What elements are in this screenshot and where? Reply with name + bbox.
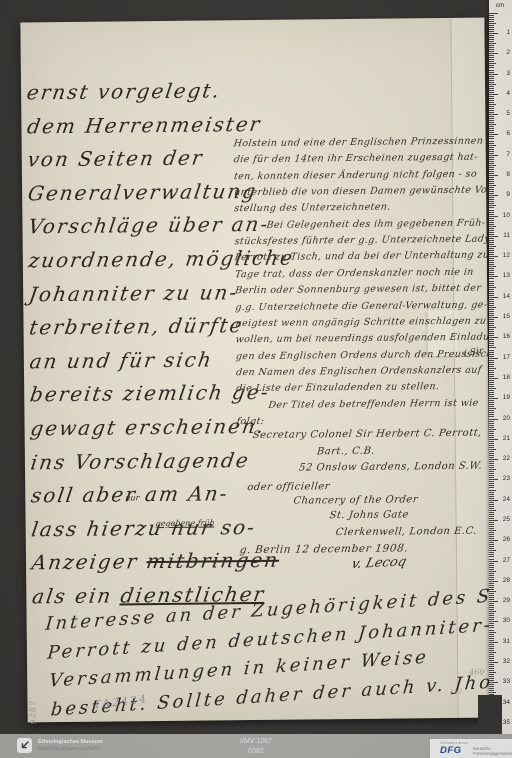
ruler-number: 5 — [506, 110, 510, 118]
ruler-number: 18 — [503, 374, 510, 382]
ruler-unit-label: cm — [496, 3, 504, 9]
ruler-number: 20 — [503, 415, 510, 423]
ruler-number: 8 — [506, 171, 510, 179]
ruler-number: 32 — [503, 658, 510, 666]
ruler-number: 30 — [503, 617, 510, 625]
ruler-number: 22 — [503, 455, 510, 463]
ruler-number: 6 — [506, 130, 510, 138]
footer-bar: Ethnologisches Museum Staatliche Museen … — [0, 734, 512, 758]
ruler-number: 3 — [506, 70, 510, 78]
ruler-number: 11 — [503, 232, 510, 240]
mount-corner — [478, 695, 502, 734]
ruler-number: 23 — [503, 475, 510, 483]
ruler-number: 16 — [503, 333, 510, 341]
pencil-vertical-mark: 9287 — [28, 700, 37, 724]
ruler-number: 33 — [503, 678, 510, 686]
correction-insert-below: gegebene früh — [155, 518, 215, 528]
ruler: cm 1234567891011121314151617181920212223… — [489, 0, 512, 734]
pencil-right-edge-mark: 460 — [469, 668, 484, 677]
funding-org-line2: Forschungsgemeinschaft — [473, 751, 512, 756]
ruler-number: 28 — [503, 577, 510, 585]
ruler-number: 34 — [503, 699, 510, 707]
ruler-number: 17 — [503, 354, 510, 362]
ruler-number: 7 — [506, 151, 510, 159]
ruler-number: 9 — [506, 191, 510, 199]
ruler-number: 26 — [503, 536, 510, 544]
scan-viewport: ernst vorgelegt.dem Herrenmeistervon Sei… — [0, 0, 512, 758]
funding-logo-box: Gefördert durch DFG Deutsche Forschungsg… — [430, 739, 512, 758]
address-line: oder officieller — [247, 481, 331, 493]
letter-page: ernst vorgelegt.dem Herrenmeistervon Sei… — [20, 18, 491, 723]
dfg-logo: DFG — [440, 745, 462, 756]
ruler-number: 2 — [506, 49, 510, 57]
ruler-number: 35 — [503, 719, 510, 727]
address-line: 52 Onslow Gardens, London S.W. — [298, 461, 482, 474]
dateline: g. Berlin 12 december 1908. — [239, 542, 409, 556]
address-line: St. Johns Gate — [329, 509, 410, 521]
correction-insert-above: nur — [125, 493, 140, 502]
ruler-number: 4 — [506, 90, 510, 98]
ruler-number: 12 — [503, 252, 510, 260]
ruler-number: 19 — [503, 394, 510, 402]
signature: v. Lecoq — [350, 554, 408, 571]
ruler-number: 29 — [503, 597, 510, 605]
ruler-number: 10 — [503, 212, 510, 220]
ruler-number: 13 — [503, 272, 510, 280]
ruler-number: 25 — [503, 516, 510, 524]
ruler-number: 15 — [503, 313, 510, 321]
address-line: Bart., C.B. — [316, 446, 375, 458]
ruler-number: 21 — [503, 435, 510, 443]
ruler-number: 24 — [503, 496, 510, 504]
ruler-number: 31 — [503, 638, 510, 646]
handwriting-closing-paragraph: Interesse an der Zugehörigkeit des SirPe… — [2, 6, 509, 734]
ruler-number: 14 — [503, 293, 510, 301]
ruler-number: 1 — [506, 29, 510, 37]
address-line: Clerkenwell, London E.C. — [335, 526, 478, 538]
address-line: Chancery of the Order — [293, 494, 419, 506]
ruler-number: 27 — [503, 557, 510, 565]
